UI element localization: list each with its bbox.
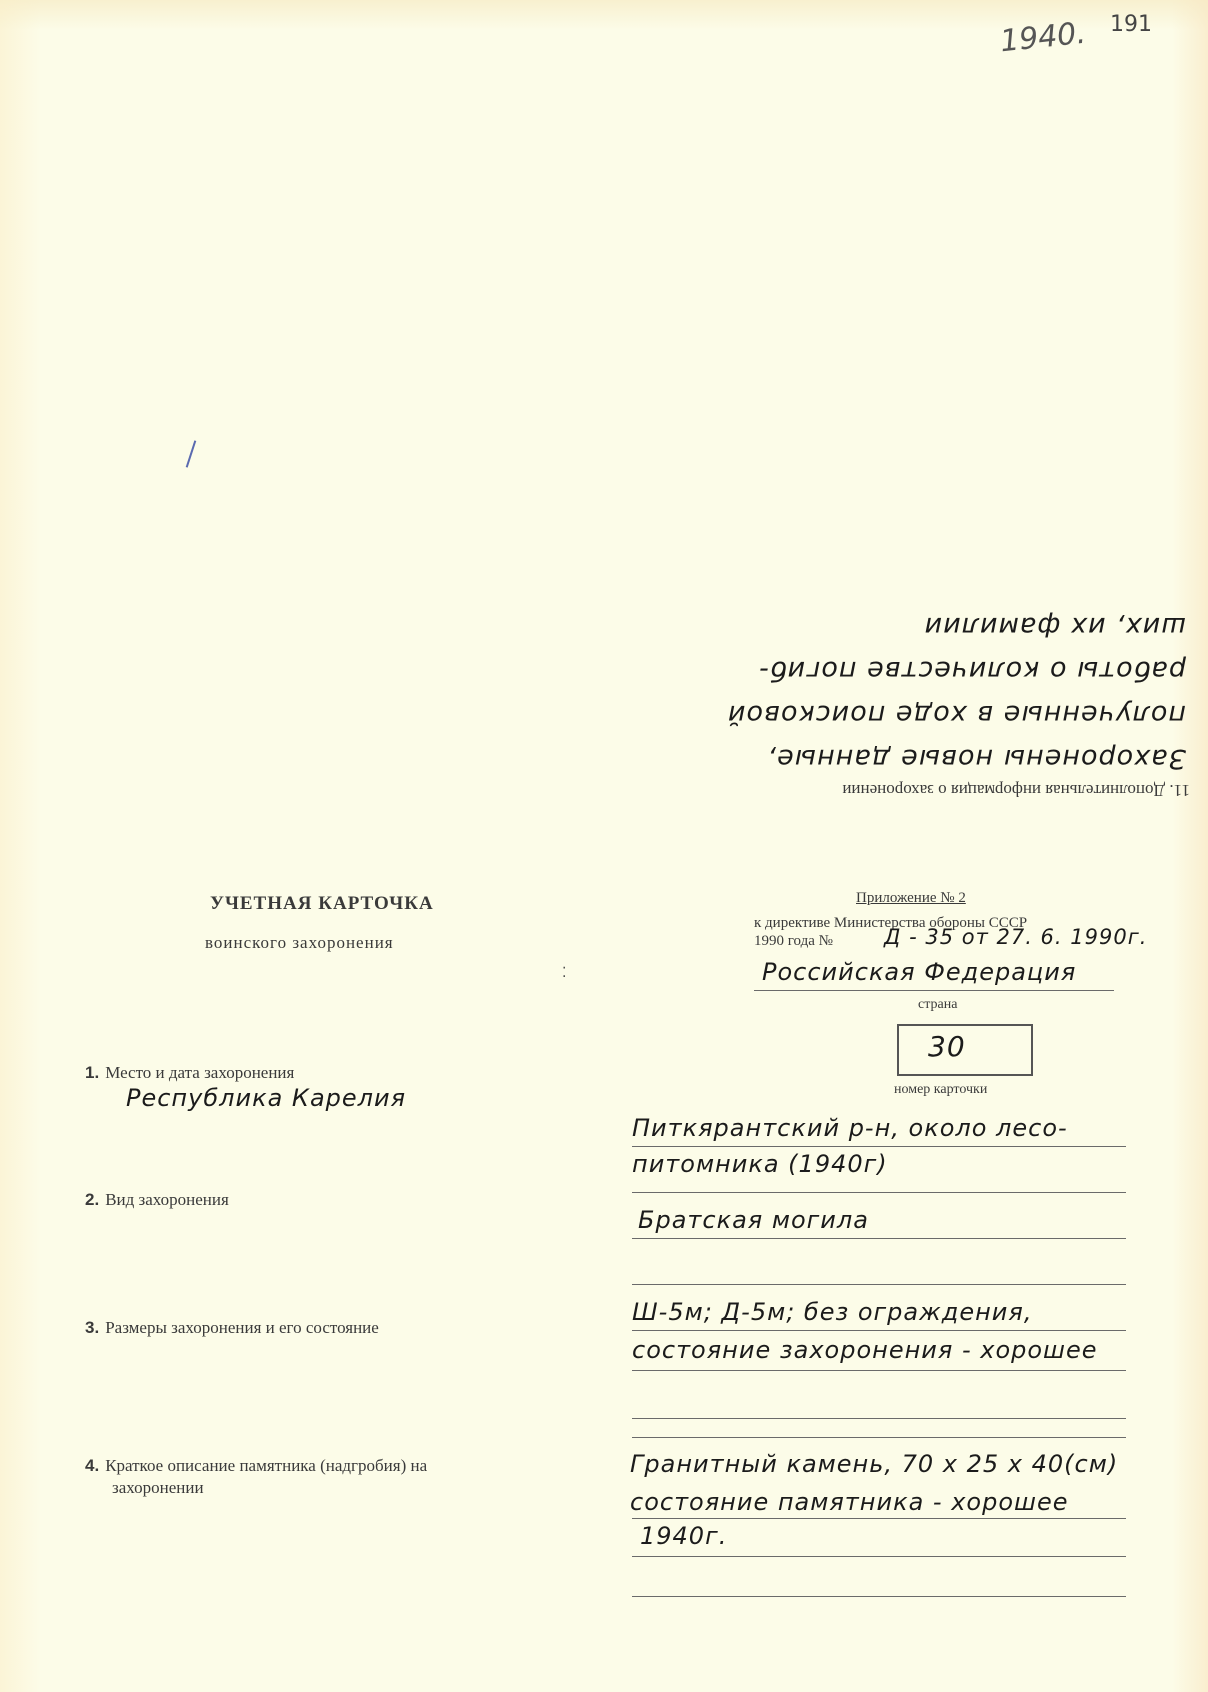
additional-info-line: работы о количестве погиб- xyxy=(758,655,1186,686)
field-number: 4. xyxy=(85,1456,99,1475)
field-label-text: Вид захоронения xyxy=(105,1190,229,1209)
field-3-rule-3 xyxy=(632,1418,1126,1419)
field-4-rule-top xyxy=(632,1437,1126,1438)
page-number: 191 xyxy=(1110,12,1152,37)
directive-number-handwritten: Д - 35 от 27. 6. 1990г. xyxy=(884,925,1147,949)
field-1-rule-1 xyxy=(632,1146,1126,1147)
field-4-value-line-1: Гранитный камень, 70 x 25 x 40(см) xyxy=(630,1450,1118,1478)
field-3-value-line-2: состояние захоронения - хорошее xyxy=(632,1336,1098,1364)
field-number: 3. xyxy=(85,1318,99,1337)
field-2-rule-2 xyxy=(632,1284,1126,1285)
field-2-value: Братская могила xyxy=(638,1206,869,1234)
field-4-value-line-3: 1940г. xyxy=(640,1522,727,1550)
field-3-rule-2 xyxy=(632,1370,1126,1371)
card-number-label: номер карточки xyxy=(894,1082,987,1098)
card-title: УЧЕТНАЯ КАРТОЧКА xyxy=(210,893,434,915)
field-2-rule-1 xyxy=(632,1238,1126,1239)
field-1-value-line-2: питомника (1940г) xyxy=(632,1150,888,1178)
field-3-value-line-1: Ш-5м; Д-5м; без ограждения, xyxy=(632,1298,1032,1326)
additional-info-line: полученные в ходе поисковой xyxy=(727,699,1186,730)
field-label-text: Краткое описание памятника (надгробия) н… xyxy=(105,1456,427,1475)
field-1-value-line-1: Питкярантский р-н, около лесо- xyxy=(632,1114,1068,1142)
field-4-label-line-2: захоронении xyxy=(112,1478,204,1498)
field-4-rule-2 xyxy=(632,1556,1126,1557)
paper-background xyxy=(0,0,1208,1692)
country-value: Российская Федерация xyxy=(762,958,1076,986)
field-4-value-line-2: состояние памятника - хорошее xyxy=(630,1488,1069,1516)
field-1-label: 1.Место и дата захоронения xyxy=(85,1063,294,1083)
additional-info-line: Захоронены новые данные, xyxy=(767,743,1186,774)
directive-line-2: 1990 года № xyxy=(754,933,833,950)
additional-info-title: 11. Дополнительная информация о захороне… xyxy=(842,780,1190,800)
field-number: 2. xyxy=(85,1190,99,1209)
field-1-value-left: Республика Карелия xyxy=(126,1084,406,1112)
field-label-text: Место и дата захоронения xyxy=(105,1063,294,1082)
field-3-label: 3.Размеры захоронения и его состояние xyxy=(85,1318,379,1338)
field-4-rule-1 xyxy=(632,1518,1126,1519)
field-label-text: Размеры захоронения и его состояние xyxy=(105,1318,379,1337)
field-4-rule-3 xyxy=(632,1596,1126,1597)
dot-mark: ⁚ xyxy=(562,965,566,982)
country-label: страна xyxy=(918,997,957,1013)
field-3-rule-1 xyxy=(632,1330,1126,1331)
field-1-rule-2 xyxy=(632,1192,1126,1193)
country-underline xyxy=(754,990,1114,991)
additional-info-section: 11. Дополнительная информация о захороне… xyxy=(630,600,1190,800)
field-number: 1. xyxy=(85,1063,99,1082)
field-2-label: 2.Вид захоронения xyxy=(85,1190,229,1210)
field-4-label: 4.Краткое описание памятника (надгробия)… xyxy=(85,1456,427,1476)
appendix-label: Приложение № 2 xyxy=(856,890,966,907)
additional-info-line: ших, их фамилии xyxy=(924,611,1186,642)
card-subtitle: воинского захоронения xyxy=(205,933,394,953)
card-number-value: 30 xyxy=(928,1030,966,1063)
